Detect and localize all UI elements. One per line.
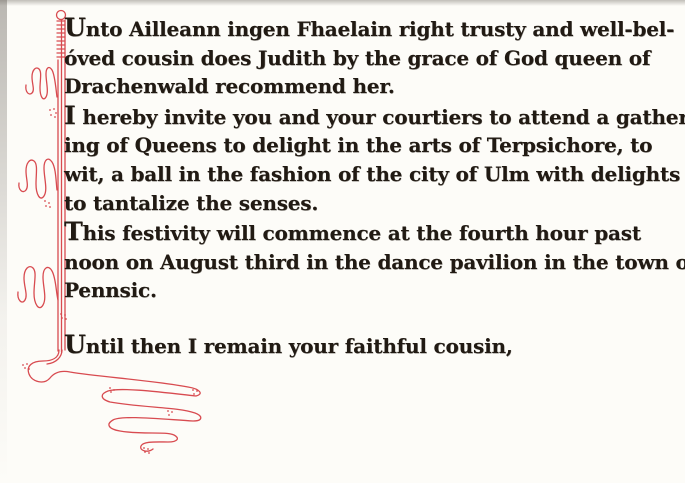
letter-line: ing of Queens to delight in the arts of … [64, 131, 679, 160]
letter-paragraph-salutation: Unto Ailleann ingen Fhaelain right trust… [64, 13, 679, 101]
letter-page: Unto Ailleann ingen Fhaelain right trust… [0, 0, 685, 483]
letter-line: óved cousin does Judith by the grace of … [64, 44, 679, 73]
letter-line: This festivity will commence at the four… [64, 217, 679, 248]
letter-line: Drachenwald recommend her. [64, 72, 679, 101]
letter-body: Unto Ailleann ingen Fhaelain right trust… [64, 13, 679, 361]
letter-line: Until then I remain your faithful cousin… [64, 330, 679, 361]
letter-line: I hereby invite you and your courtiers t… [64, 101, 679, 132]
letter-paragraph-closing: Until then I remain your faithful cousin… [64, 330, 679, 361]
letter-line: Pennsic. [64, 276, 679, 305]
letter-line: wit, a ball in the fashion of the city o… [64, 160, 679, 189]
letter-line: noon on August third in the dance pavili… [64, 248, 679, 277]
letter-paragraph-invitation: I hereby invite you and your courtiers t… [64, 101, 679, 217]
letter-line: to tantalize the senses. [64, 189, 679, 218]
letter-line: Unto Ailleann ingen Fhaelain right trust… [64, 13, 679, 44]
letter-paragraph-details: This festivity will commence at the four… [64, 217, 679, 305]
